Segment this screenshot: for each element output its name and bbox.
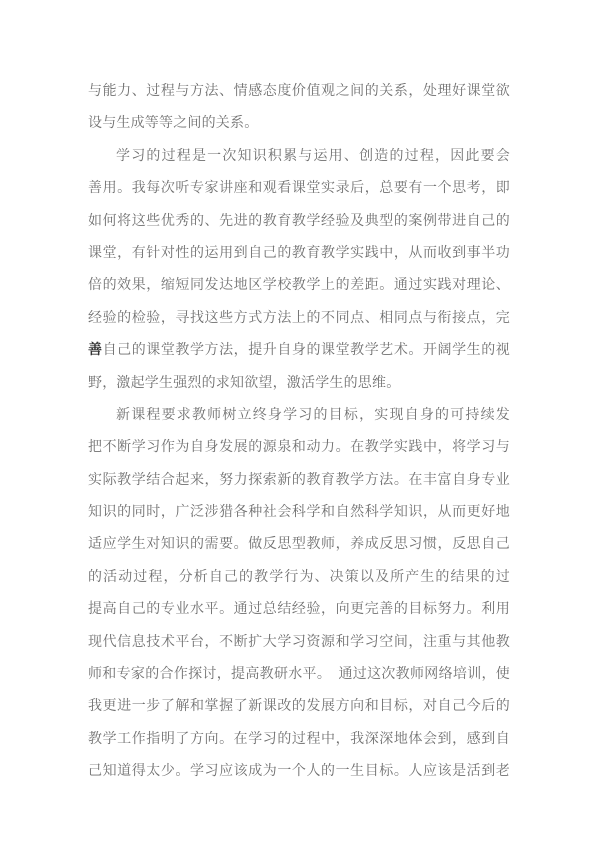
text-line: 野，激起学生强烈的求知欲望，激活学生的思维。 [88,368,510,400]
text-line: 新课程要求教师树立终身学习的目标，实现自身的可持续发展。 [88,400,510,432]
text-line: 己知道得太少。学习应该成为一个人的一生目标。人应该是活到老 [88,756,510,788]
text-line: 我更进一步了解和掌握了新课改的发展方向和目标，对自己今后的 [88,691,510,723]
text-line: 倍的效果，缩短同发达地区学校教学上的差距。通过实践对理论、 [88,270,510,302]
text-line: 现代信息技术平台，不断扩大学习资源和学习空间，注重与其他教 [88,627,510,659]
text-line-rest: 自己的课堂教学方法，提升自身的课堂教学艺术。开阔学生的视 [103,343,510,358]
text-line-with-emphasis: 善自己的课堂教学方法，提升自身的课堂教学艺术。开阔学生的视 [88,335,510,367]
document-page: 与能力、过程与方法、情感态度价值观之间的关系，处理好课堂欲 设与生成等等之间的关… [0,0,595,842]
emphasis-char: 善 [88,343,103,358]
text-line: 的活动过程，分析自己的教学行为、决策以及所产生的结果的过程， [88,562,510,594]
text-line: 把不断学习作为自身发展的源泉和动力。在教学实践中，将学习与 [88,432,510,464]
text-block: 与能力、过程与方法、情感态度价值观之间的关系，处理好课堂欲 设与生成等等之间的关… [88,76,510,789]
text-line: 实际教学结合起来，努力探索新的教育教学方法。在丰富自身专业 [88,465,510,497]
text-line: 如何将这些优秀的、先进的教育教学经验及典型的案例带进自己的 [88,206,510,238]
text-line: 经验的检验，寻找这些方式方法上的不同点、相同点与衔接点，完 [88,303,510,335]
text-line: 教学工作指明了方向。在学习的过程中，我深深地体会到，感到自 [88,724,510,756]
text-line: 与能力、过程与方法、情感态度价值观之间的关系，处理好课堂欲 [88,76,510,108]
text-line: 学习的过程是一次知识积累与运用、创造的过程，因此要会学、 [88,141,510,173]
text-line: 设与生成等等之间的关系。 [88,108,510,140]
text-line: 提高自己的专业水平。通过总结经验，向更完善的目标努力。利用 [88,594,510,626]
text-line: 知识的同时，广泛涉猎各种社会科学和自然科学知识，从而更好地 [88,497,510,529]
text-line: 适应学生对知识的需要。做反思型教师，养成反思习惯，反思自己 [88,529,510,561]
text-line: 课堂，有针对性的运用到自己的教育教学实践中，从而收到事半功 [88,238,510,270]
text-line: 善用。我每次听专家讲座和观看课堂实录后，总要有一个思考，即 [88,173,510,205]
text-line: 师和专家的合作探讨，提高教研水平。 通过这次教师网络培训，使 [88,659,510,691]
